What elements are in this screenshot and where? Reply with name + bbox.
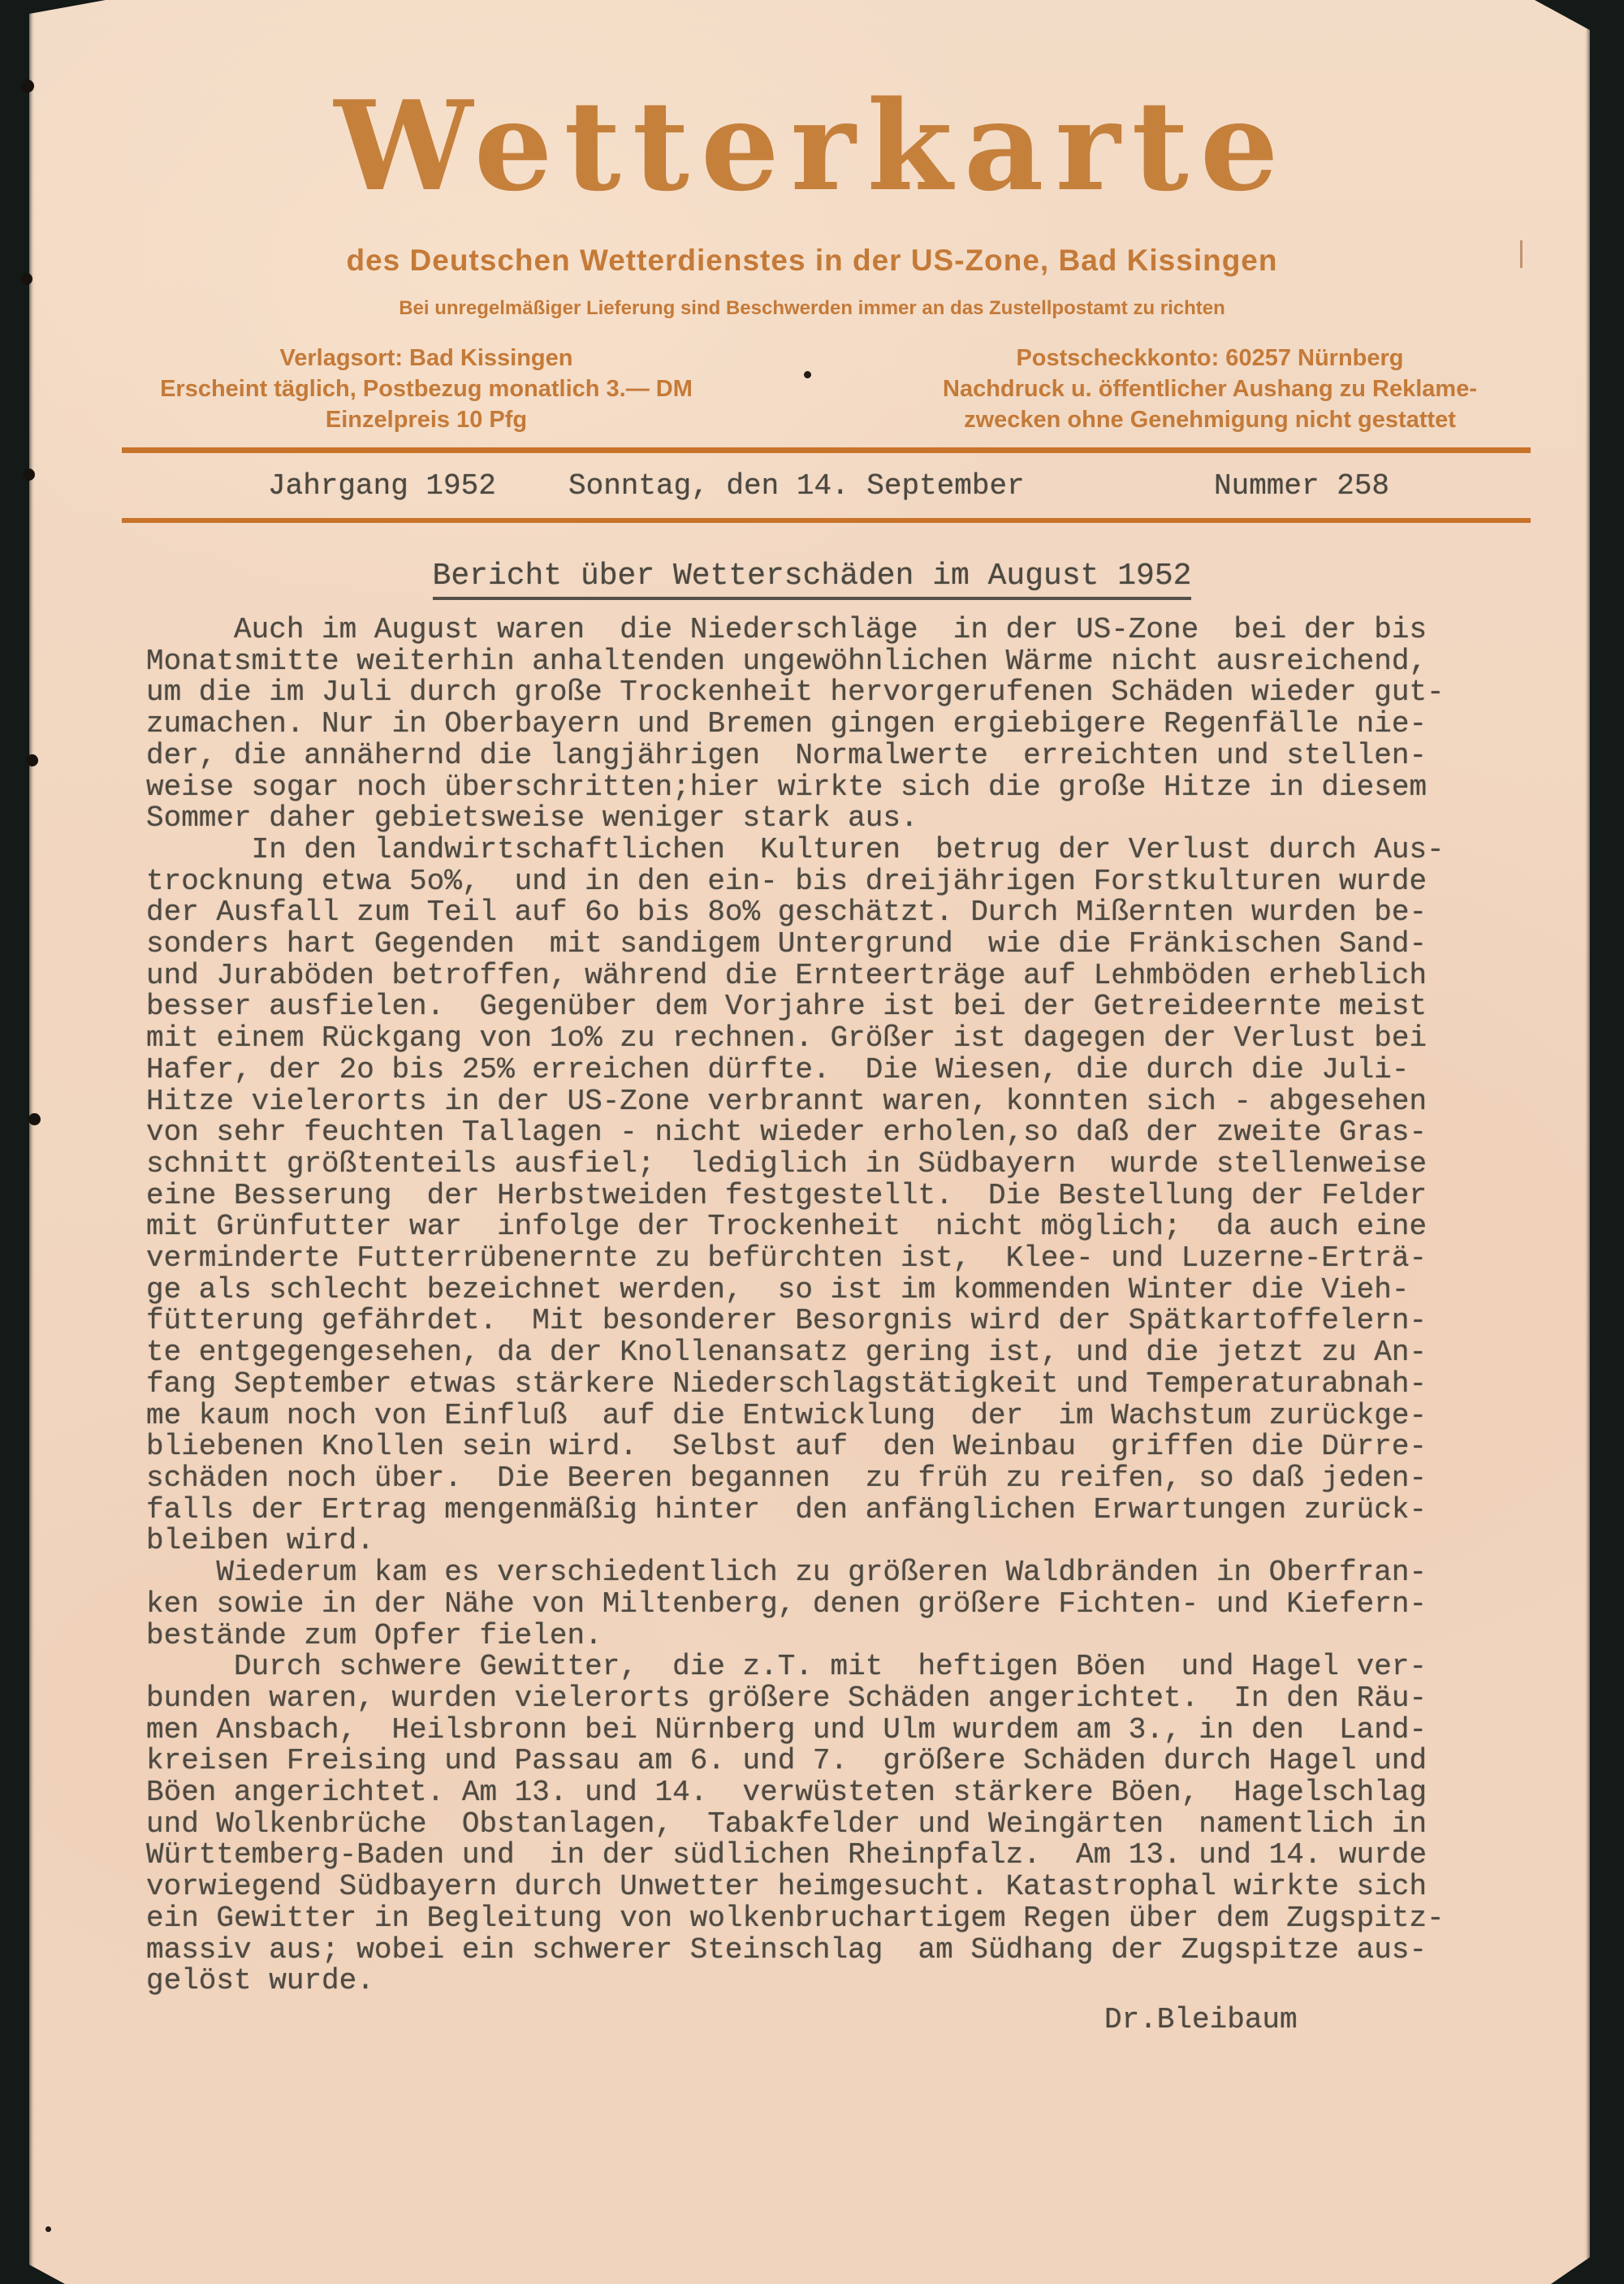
imprint-right: Postscheckkonto: 60257 Nürnberg Nachdruc…: [901, 343, 1518, 435]
body-line: bestände zum Opfer fielen.: [146, 1621, 1510, 1652]
body-line: ein Gewitter in Begleitung von wolkenbru…: [146, 1903, 1510, 1935]
body-line: mit Grünfutter war infolge der Trockenhe…: [146, 1211, 1510, 1243]
body-line: der, die annähernd die langjährigen Norm…: [146, 740, 1510, 772]
body-line: eine Besserung der Herbstweiden festgest…: [146, 1181, 1510, 1212]
body-line: weise sogar noch überschritten;hier wirk…: [146, 772, 1510, 804]
punch-hole: [20, 273, 32, 285]
body-line: bliebenen Knollen sein wird. Selbst auf …: [146, 1431, 1510, 1463]
body-line: Böen angerichtet. Am 13. und 14. verwüst…: [146, 1777, 1510, 1809]
body-line: besser ausfielen. Gegenüber dem Vorjahre…: [146, 991, 1510, 1023]
body-line: massiv aus; wobei ein schwerer Steinschl…: [146, 1935, 1510, 1967]
body-line: fütterung gefährdet. Mit besonderer Beso…: [146, 1306, 1510, 1337]
paragraph: In den landwirtschaftlichen Kulturen bet…: [146, 835, 1510, 1557]
dateline: Jahrgang 1952 Sonntag, den 14. September…: [0, 469, 1624, 510]
body-line: schäden noch über. Die Beeren begannen z…: [146, 1463, 1510, 1495]
body-line: sonders hart Gegenden mit sandigem Unter…: [146, 929, 1510, 961]
volume-label: Jahrgang 1952: [268, 469, 496, 503]
body-line: trocknung etwa 5o%, und in den ein- bis …: [146, 866, 1510, 898]
scan-edge-right: [1590, 0, 1624, 2284]
article-heading-row: Bericht über Wetterschäden im August 195…: [0, 559, 1624, 600]
body-line: Wiederum kam es verschiedentlich zu größ…: [146, 1557, 1510, 1589]
stray-scan-mark: [1520, 240, 1522, 268]
body-line: und Wolkenbrüche Obstanlagen, Tabakfelde…: [146, 1809, 1510, 1841]
body-line: fang September etwas stärkere Niederschl…: [146, 1369, 1510, 1401]
ink-speck: [45, 2226, 51, 2232]
punch-hole: [23, 468, 35, 481]
imprint-left: Verlagsort: Bad Kissingen Erscheint tägl…: [118, 343, 735, 435]
body-line: Durch schwere Gewitter, die z.T. mit hef…: [146, 1651, 1510, 1683]
body-line: me kaum noch von Einfluß auf die Entwick…: [146, 1401, 1510, 1432]
body-line: der Ausfall zum Teil auf 6o bis 8o% gesc…: [146, 897, 1510, 929]
imprint-line: Postscheckkonto: 60257 Nürnberg: [901, 343, 1518, 373]
paragraph: Wiederum kam es verschiedentlich zu größ…: [146, 1557, 1510, 1651]
ink-speck: [804, 371, 811, 378]
imprint-line: Verlagsort: Bad Kissingen: [118, 343, 735, 373]
masthead-subtitle: des Deutschen Wetterdienstes in der US-Z…: [0, 244, 1624, 278]
body-line: mit einem Rückgang von 1o% zu rechnen. G…: [146, 1023, 1510, 1055]
scanned-document-page: Wetterkarte des Deutschen Wetterdienstes…: [0, 0, 1624, 2284]
scan-corner-top-left: [0, 0, 106, 16]
imprint-line: zwecken ohne Genehmigung nicht gestattet: [901, 404, 1518, 435]
horizontal-rule-bottom: [122, 518, 1531, 523]
scan-corner-top-right: [1535, 0, 1624, 34]
body-line: gelöst wurde.: [146, 1966, 1510, 1997]
body-line: schnitt größtenteils ausfiel; lediglich …: [146, 1149, 1510, 1181]
body-line: Württemberg-Baden und in der südlichen R…: [146, 1840, 1510, 1872]
paragraph: Durch schwere Gewitter, die z.T. mit hef…: [146, 1651, 1510, 1997]
article-heading: Bericht über Wetterschäden im August 195…: [433, 559, 1192, 600]
punch-hole: [28, 1113, 41, 1125]
body-line: kreisen Freising und Passau am 6. und 7.…: [146, 1746, 1510, 1777]
body-line: vorwiegend Südbayern durch Unwetter heim…: [146, 1872, 1510, 1903]
body-line: Hafer, der 2o bis 25% erreichen dürfte. …: [146, 1055, 1510, 1086]
punch-hole: [26, 754, 38, 766]
body-line: bunden waren, wurden vielerorts größere …: [146, 1683, 1510, 1715]
body-line: ken sowie in der Nähe von Miltenberg, de…: [146, 1589, 1510, 1621]
scan-corner-bottom-left: [0, 2263, 65, 2284]
imprint-line: Nachdruck u. öffentlicher Aushang zu Rek…: [901, 373, 1518, 404]
body-line: um die im Juli durch große Trockenheit h…: [146, 677, 1510, 709]
body-line: In den landwirtschaftlichen Kulturen bet…: [146, 835, 1510, 866]
body-line: Auch im August waren die Niederschläge i…: [146, 615, 1510, 646]
body-line: bleiben wird.: [146, 1526, 1510, 1557]
body-line: verminderte Futterrübenernte zu befürcht…: [146, 1243, 1510, 1275]
body-line: Hitze vielerorts in der US-Zone verbrann…: [146, 1086, 1510, 1118]
body-line: Monatsmitte weiterhin anhaltenden ungewö…: [146, 646, 1510, 678]
body-line: zumachen. Nur in Oberbayern und Bremen g…: [146, 709, 1510, 740]
paragraph: Auch im August waren die Niederschläge i…: [146, 615, 1510, 835]
body-line: te entgegengesehen, da der Knollenansatz…: [146, 1337, 1510, 1369]
body-line: von sehr feuchten Tallagen - nicht wiede…: [146, 1117, 1510, 1149]
page-title: Wetterkarte: [0, 78, 1624, 214]
body-line: und Juraböden betroffen, während die Ern…: [146, 961, 1510, 992]
body-line: ge als schlecht bezeichnet werden, so is…: [146, 1275, 1510, 1306]
issue-number-label: Nummer 258: [1214, 469, 1389, 503]
signature: Dr.Bleibaum: [1104, 2005, 1510, 2036]
body-line: Sommer daher gebietsweise weniger stark …: [146, 803, 1510, 835]
imprint-line: Erscheint täglich, Postbezug monatlich 3…: [118, 373, 735, 404]
scan-corner-bottom-right: [1551, 2256, 1624, 2284]
article-body: Auch im August waren die Niederschläge i…: [146, 615, 1510, 2036]
imprint-line: Einzelpreis 10 Pfg: [118, 404, 735, 435]
horizontal-rule-top: [122, 447, 1531, 453]
delivery-notice: Bei unregelmäßiger Lieferung sind Beschw…: [0, 297, 1624, 320]
body-line: men Ansbach, Heilsbronn bei Nürnberg und…: [146, 1715, 1510, 1746]
body-line: falls der Ertrag mengenmäßig hinter den …: [146, 1495, 1510, 1526]
date-label: Sonntag, den 14. September: [568, 469, 1025, 503]
punch-hole: [21, 80, 34, 93]
scan-edge-left: [0, 0, 29, 2284]
